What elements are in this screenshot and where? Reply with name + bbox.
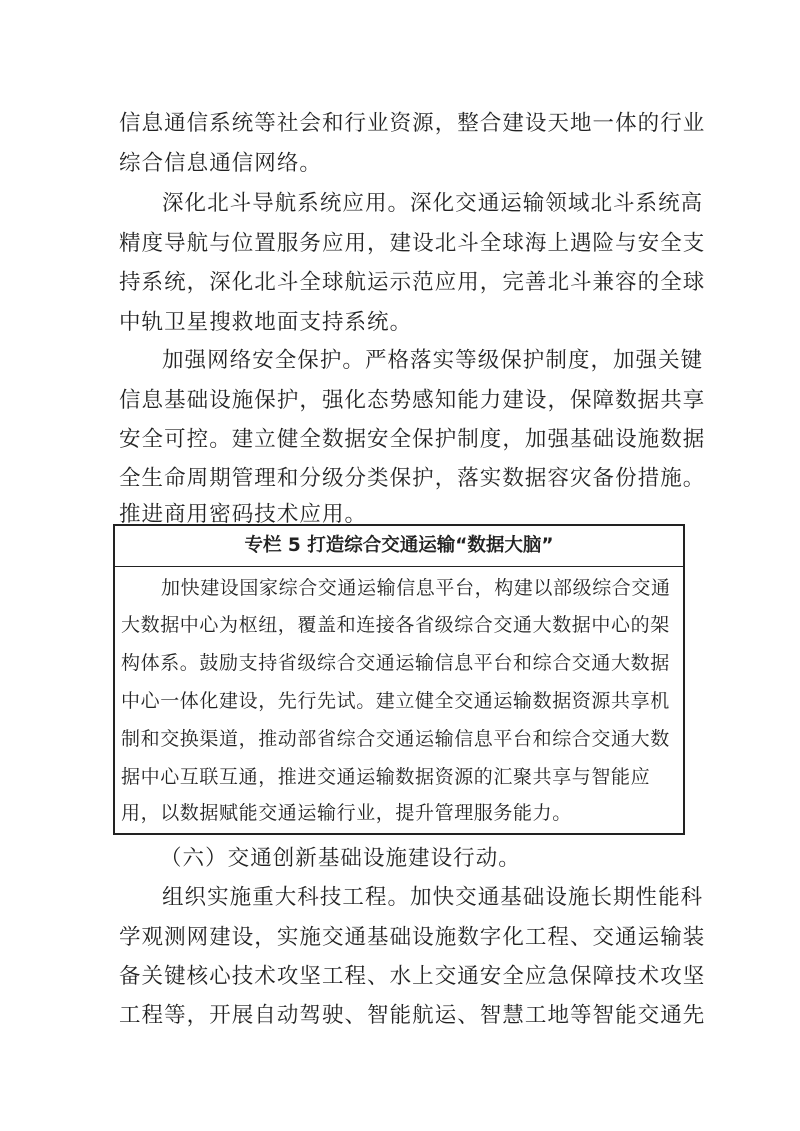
paragraph-line: 安全可控。建立健全数据安全保护制度，加强基础设施数据 — [119, 425, 684, 455]
paragraph-line: 备关键核心技术攻坚工程、水上交通安全应急保障技术攻坚 — [119, 962, 684, 992]
section-heading: （六）交通创新基础设施建设行动。 — [160, 844, 725, 874]
box-title: 专栏 5 打造综合交通运输“数据大脑” — [115, 526, 683, 567]
paragraph-line: 信息通信系统等社会和行业资源，整合建设天地一体的行业 — [119, 109, 684, 139]
paragraph-line: 信息基础设施保护，强化态势感知能力建设，保障数据共享 — [119, 386, 684, 416]
column-box-5: 专栏 5 打造综合交通运输“数据大脑” 加快建设国家综合交通运输信息平台，构建以… — [113, 524, 685, 835]
paragraph-line: 中轨卫星搜救地面支持系统。 — [119, 308, 684, 338]
paragraph-line: 综合信息通信网络。 — [119, 149, 684, 179]
paragraph-line: 工程等，开展自动驾驶、智能航运、智慧工地等智能交通先 — [119, 1001, 684, 1031]
paragraph-line: 全生命周期管理和分级分类保护，落实数据容灾备份措施。 — [119, 464, 684, 494]
box-line: 制和交换渠道，推动部省综合交通运输信息平台和综合交通大数 — [121, 726, 670, 752]
paragraph-line: 学观测网建设，实施交通基础设施数字化工程、交通运输装 — [119, 923, 684, 953]
paragraph-line: 持系统，深化北斗全球航运示范应用，完善北斗兼容的全球 — [119, 268, 684, 298]
box-line: 构体系。鼓励支持省级综合交通运输信息平台和综合交通大数据 — [121, 650, 670, 676]
paragraph-line: 精度导航与位置服务应用，建设北斗全球海上遇险与安全支 — [119, 229, 684, 259]
paragraph-line: 组织实施重大科技工程。加快交通基础设施长期性能科 — [162, 883, 727, 913]
paragraph-line: 深化北斗导航系统应用。深化交通运输领域北斗系统高 — [162, 189, 727, 219]
paragraph-line: 加强网络安全保护。严格落实等级保护制度，加强关键 — [162, 346, 727, 376]
box-line: 据中心互联互通，推进交通运输数据资源的汇聚共享与智能应 — [121, 764, 650, 790]
box-line: 用，以数据赋能交通运输行业，提升管理服务能力。 — [121, 800, 572, 826]
box-line: 中心一体化建设，先行先试。建立健全交通运输数据资源共享机 — [121, 688, 670, 714]
box-line: 加快建设国家综合交通运输信息平台，构建以部级综合交通 — [161, 575, 671, 601]
box-line: 大数据中心为枢纽，覆盖和连接各省级综合交通大数据中心的架 — [121, 612, 670, 638]
